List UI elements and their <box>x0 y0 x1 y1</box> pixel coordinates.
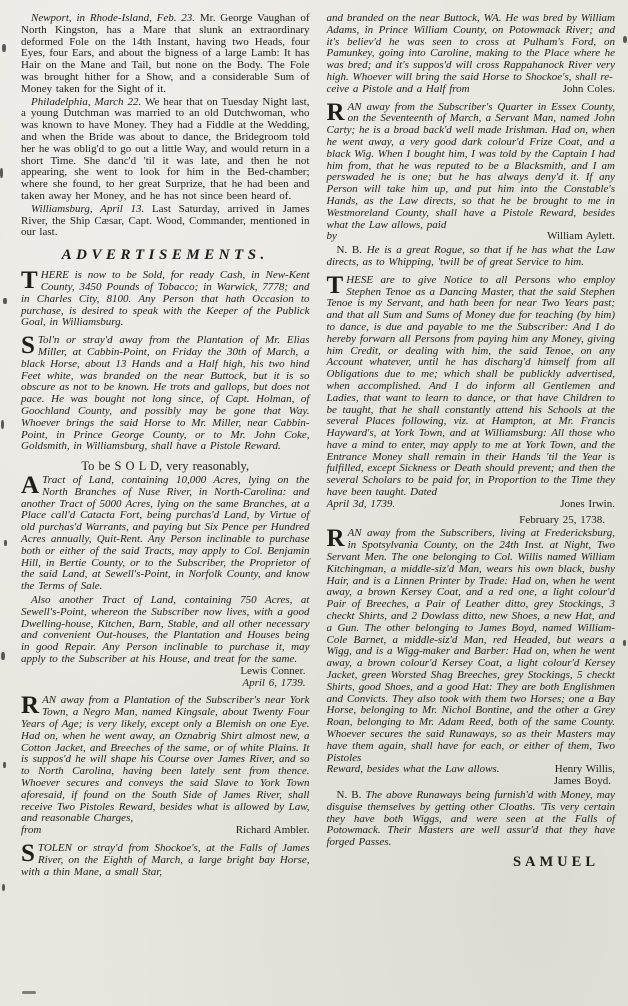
nota-bene-runaways: N. B. The above Runaways being furnish'd… <box>327 790 616 849</box>
signature-line: byWilliam Aylett. <box>327 231 616 243</box>
catchword: SAMUEL <box>327 857 616 869</box>
ad-text: TOLEN or stray'd from Shockoe's, at the … <box>21 842 310 878</box>
drop-cap: T <box>21 270 41 291</box>
ad-notice-tenoe: THESE are to give Notice to all Persons … <box>327 275 616 499</box>
ad-text: Tract of Land, containing 10,000 Acres, … <box>21 474 310 592</box>
dateline-newport: Newport, in Rhode-Island, Feb. 23. <box>31 12 195 24</box>
ad-land-sale: ATract of Land, containing 10,000 Acres,… <box>21 475 310 593</box>
drop-cap: S <box>21 843 38 864</box>
scan-artifact <box>2 884 5 891</box>
signature-john-coles: John Coles. <box>563 84 615 96</box>
scan-artifact <box>4 540 7 546</box>
ad-stolen-bay-horse-continued: and branded on the near Buttock, WA. He … <box>327 13 616 84</box>
ad-tobacco-sale: THERE is now to be Sold, for ready Cash,… <box>21 270 310 329</box>
signature-line: fromRichard Ambler. <box>21 825 310 837</box>
scan-artifact <box>623 640 626 646</box>
scan-artifact <box>1 420 4 429</box>
scan-artifact <box>3 762 6 768</box>
ad-text: HERE is now to be Sold, for ready Cash, … <box>21 269 310 328</box>
to-be-sold-heading: To be S O L D, very reasonably, <box>21 459 310 473</box>
news-item-philadelphia: Philadelphia, March 22. We hear that on … <box>21 97 310 203</box>
right-column: and branded on the near Buttock, WA. He … <box>327 13 616 878</box>
drop-cap: A <box>21 475 42 496</box>
ad-runaway-kingsale: RAN away from a Plantation of the Subscr… <box>21 695 310 825</box>
advertisements-heading: ADVERTISEMENTS. <box>21 247 310 264</box>
ad-text: AN away from the Subscriber's Quarter in… <box>327 101 616 231</box>
ad-text: AN away from a Plantation of the Subscri… <box>21 694 310 824</box>
signature-william-aylett: William Aylett. <box>547 231 615 243</box>
drop-cap: R <box>21 695 42 716</box>
ad-dateline: February 25, 1738. <box>327 515 616 527</box>
signature-jones-irwin: Jones Irwin. <box>560 499 615 511</box>
ad-stolen-horse: STol'n or stray'd away from the Plantati… <box>21 335 310 453</box>
ad-runaway-carty: RAN away from the Subscriber's Quarter i… <box>327 102 616 232</box>
signature-date: April 6, 1739. <box>21 678 310 690</box>
drop-cap: T <box>327 275 347 296</box>
dateline-williamsburg: Williamsburg, April 13. <box>31 203 144 215</box>
scan-artifact <box>0 168 3 178</box>
news-item-williamsburg: Williamsburg, April 13. Last Saturday, a… <box>21 204 310 239</box>
ad-text-tail: Reward, besides what the Law allows. <box>327 764 500 776</box>
ad-text-tail: by <box>327 231 337 243</box>
signature-line: ceive a Pistole and a Half fromJohn Cole… <box>327 84 616 96</box>
nb-text: He is a great Rogue, so that if he has w… <box>327 244 616 268</box>
signature-richard-ambler: Richard Ambler. <box>236 825 310 837</box>
scan-artifact <box>1 652 5 660</box>
ad-text: Tol'n or stray'd away from the Plantatio… <box>21 334 310 452</box>
nb-label: N. B. <box>337 789 362 801</box>
ad-text-tail: ceive a Pistole and a Half from <box>327 84 470 96</box>
signature-james-boyd: James Boyd. <box>327 776 616 788</box>
nb-label: N. B. <box>337 244 363 256</box>
scan-artifact <box>623 36 627 43</box>
scan-artifact <box>3 298 7 304</box>
ad-text: HESE are to give Notice to all Persons w… <box>327 274 616 498</box>
ad-runaway-servants: RAN away from the Subscribers, living at… <box>327 528 616 764</box>
scan-artifact <box>22 991 36 994</box>
ad-land-sale-continued: Also another Tract of Land, containing 7… <box>21 595 310 666</box>
newspaper-page: Newport, in Rhode-Island, Feb. 23. Mr. G… <box>0 0 628 1006</box>
ad-text: and branded on the near Buttock, WA. He … <box>327 12 616 83</box>
ad-text-tail: April 3d, 1739. <box>327 499 396 511</box>
dateline-philadelphia: Philadelphia, March 22. <box>31 96 141 108</box>
ad-text: Also another Tract of Land, containing 7… <box>21 594 310 665</box>
scan-artifact <box>2 44 6 52</box>
page-columns: Newport, in Rhode-Island, Feb. 23. Mr. G… <box>0 0 628 878</box>
nb-text: The above Runaways being furnish'd with … <box>327 789 616 848</box>
news-item-newport: Newport, in Rhode-Island, Feb. 23. Mr. G… <box>21 13 310 96</box>
drop-cap: R <box>327 102 348 123</box>
drop-cap: S <box>21 335 38 356</box>
signature-lewis-conner: Lewis Conner. <box>21 666 310 678</box>
left-column: Newport, in Rhode-Island, Feb. 23. Mr. G… <box>21 13 310 878</box>
drop-cap: R <box>327 528 348 549</box>
ad-stolen-bay-horse: STOLEN or stray'd from Shockoe's, at the… <box>21 843 310 878</box>
ad-text-tail: from <box>21 825 41 837</box>
news-text: Mr. George Vaughan of North Kingston, ha… <box>21 12 310 95</box>
news-text: We hear that on Tuesday Night last, a yo… <box>21 96 310 202</box>
nota-bene-carty: N. B. He is a great Rogue, so that if he… <box>327 245 616 269</box>
ad-text: AN away from the Subscribers, living at … <box>327 527 616 763</box>
signature-line: April 3d, 1739.Jones Irwin. <box>327 499 616 511</box>
